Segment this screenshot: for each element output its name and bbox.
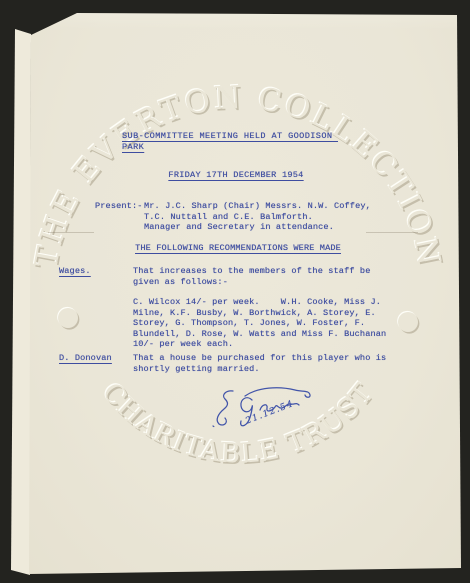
present-label: Present:- xyxy=(95,201,143,212)
paper-sheet xyxy=(0,0,470,583)
wages-recommendation: That increases to the members of the sta… xyxy=(133,266,370,287)
section-label-donovan: D. Donovan xyxy=(59,353,112,364)
wages-staff-list: C. Wilcox 14/- per week. W.H. Cooke, Mis… xyxy=(133,297,386,350)
meeting-date-heading: FRIDAY 17TH DECEMBER 1954 xyxy=(168,170,303,181)
present-attendees: Mr. J.C. Sharp (Chair) Messrs. N.W. Coff… xyxy=(144,201,371,233)
paper-crease-right xyxy=(366,232,418,233)
signature-initial-stroke xyxy=(217,391,233,425)
paper-crease-left xyxy=(48,232,94,233)
signature-ink-dot xyxy=(213,426,214,427)
scanned-minutes-page: THE EVERTON COLLECTION THE EVERTON COLLE… xyxy=(0,0,470,583)
meeting-title: SUB-COMMITTEE MEETING HELD AT GOODISON P… xyxy=(122,131,354,152)
recommendations-heading: THE FOLLOWING RECOMMENDATIONS WERE MADE xyxy=(135,243,341,254)
section-label-wages: Wages. xyxy=(59,266,91,277)
donovan-recommendation: That a house be purchased for this playe… xyxy=(133,353,386,374)
signature-top-sweep xyxy=(245,388,310,397)
